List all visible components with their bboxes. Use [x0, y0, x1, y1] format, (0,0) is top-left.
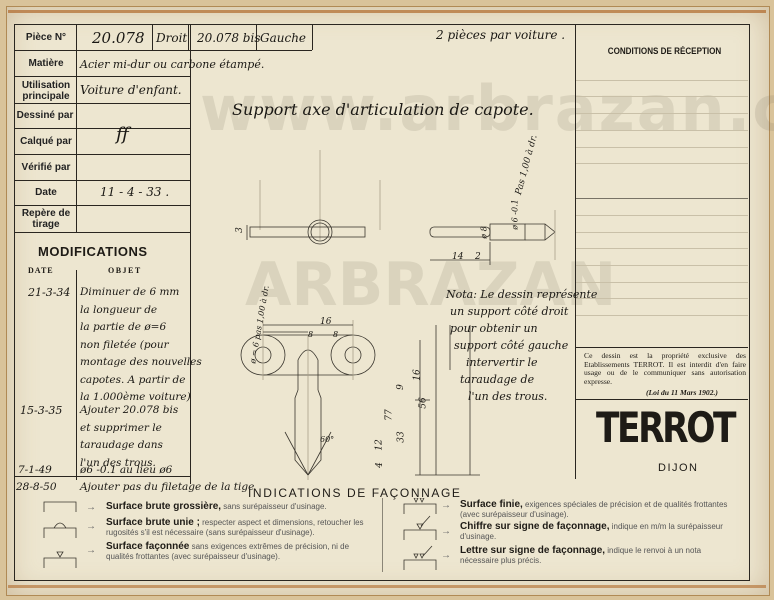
dim-9: 9 [396, 384, 406, 390]
mod-objet: Ajouter 20.078 biset supprimer letarauda… [80, 402, 178, 472]
indication-item: Surface brute grossière, sans surépaisse… [106, 502, 376, 512]
dim-14: 14 [452, 252, 463, 262]
indication-item: Lettre sur signe de façonnage, indique l… [460, 546, 740, 566]
mod-date: 21-3-34 [28, 286, 70, 299]
copyright-law: (Loi du 11 Mars 1902.) [646, 388, 718, 397]
dim-4: 4 [375, 462, 385, 468]
arrow-icon: → [86, 502, 96, 513]
copyright-notice: Ce dessin est la propriété exclusive des… [584, 352, 746, 386]
dim-16b: 16 [413, 369, 423, 380]
value-side-left: Gauche [260, 31, 306, 45]
mod-date: 28-8-50 [16, 481, 57, 493]
dim-dia-6: ø 6 -0.1 [511, 199, 520, 229]
arrow-icon: → [441, 526, 451, 537]
dim-16: 16 [320, 317, 331, 327]
reception-title: CONDITIONS DE RÉCEPTION [594, 46, 734, 57]
indication-item: Surface brute unie ; respecter aspect et… [106, 518, 376, 538]
mod-objet: Diminuer de 6 mmla longueur dela partie … [80, 284, 202, 407]
value-calque-par: ff [116, 124, 129, 145]
mod-date: 7-1-49 [18, 464, 52, 476]
col-objet-header: OBJET [108, 266, 142, 275]
label-repere: Repère de tirage [16, 208, 76, 230]
mod-objet: Ajouter pas du filetage de la tige [80, 481, 254, 493]
indication-item: Chiffre sur signe de façonnage, indique … [460, 522, 740, 542]
label-calque-par: Calqué par [16, 136, 76, 147]
value-date: 11 - 4 - 33 . [100, 185, 169, 199]
terrot-logo: TERROT [596, 400, 699, 456]
nota-text: Nota: Le dessin représente un support cô… [446, 286, 597, 405]
col-date-header: DATE [28, 266, 54, 275]
mod-date: 15-3-35 [20, 404, 62, 417]
dim-2: 2 [475, 252, 481, 262]
value-piece-bis: 20.078 bis [197, 31, 260, 45]
label-date: Date [16, 187, 76, 198]
label-piece-no: Pièce N° [16, 32, 76, 43]
paper-edge-stain [8, 585, 766, 588]
indication-item: Surface façonnée sans exigences extrêmes… [106, 542, 376, 562]
dim-33: 33 [397, 431, 407, 442]
brand-city: DIJON [658, 462, 699, 474]
dim-thickness: 3 [235, 227, 245, 233]
dim-56: 56 [419, 397, 429, 408]
mod-objet: ø6 -0.1 au lieu ø6 [80, 464, 172, 476]
symbol-surface-finie [400, 498, 440, 578]
dim-dia-8: ø 8 [480, 226, 489, 238]
dim-angle: 60° [320, 435, 334, 444]
paper-edge-stain [8, 10, 766, 13]
arrow-icon: → [441, 550, 451, 561]
label-verifie-par: Vérifié par [16, 162, 76, 173]
indication-item: Surface finie, exigences spéciales de pr… [460, 500, 740, 520]
dim-77: 77 [385, 409, 395, 420]
modifications-title: MODIFICATIONS [38, 244, 148, 259]
label-utilisation: Utilisation principale [16, 80, 76, 102]
label-dessine-par: Dessiné par [14, 110, 76, 121]
drawing-title: Support axe d'articulation de capote. [232, 100, 534, 119]
dim-8a: 8 [308, 330, 313, 339]
value-side-right: Droit [156, 31, 187, 45]
arrow-icon: → [86, 521, 96, 532]
quantity-note: 2 pièces par voiture . [436, 28, 565, 42]
arrow-icon: → [86, 545, 96, 556]
value-piece-no: 20.078 [92, 29, 145, 47]
dim-12: 12 [375, 439, 385, 450]
arrow-icon: → [441, 500, 451, 511]
value-utilisation: Voiture d'enfant. [80, 83, 182, 97]
symbol-brute-grossiere [40, 498, 80, 578]
value-matiere: Acier mi-dur ou carbone étampé. [80, 58, 264, 71]
label-matiere: Matière [16, 58, 76, 69]
dim-8b: 8 [333, 330, 338, 339]
